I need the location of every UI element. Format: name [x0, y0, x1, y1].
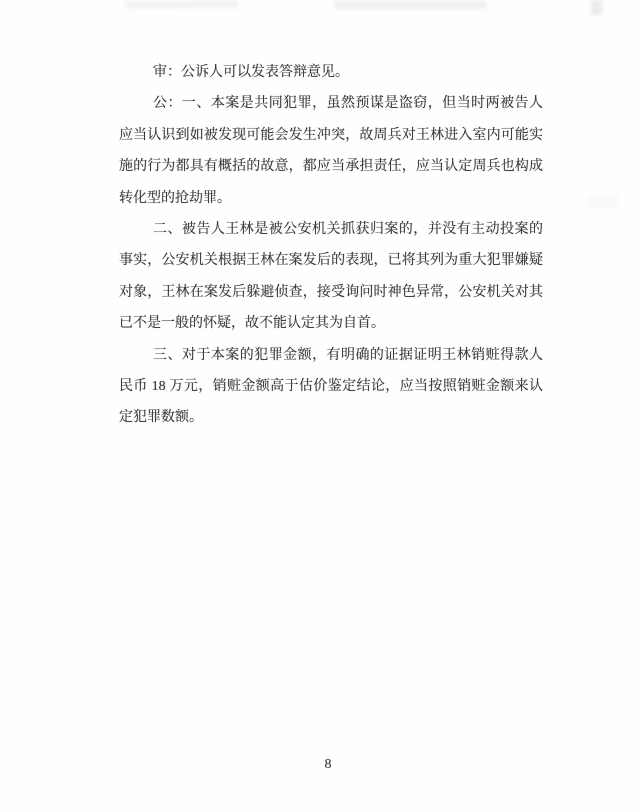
scan-artifact [588, 196, 618, 208]
text-line: 应当认识到如被发现可能会发生冲突，故周兵对王林进入室内可能实 [119, 120, 543, 151]
scan-artifact [591, 0, 602, 15]
page-number: 8 [0, 757, 640, 773]
scanned-document-page: 审：公诉人可以发表答辩意见。 公：一、本案是共同犯罪，虽然预谋是盗窃，但当时两被… [0, 0, 640, 812]
text-line: 审：公诉人可以发表答辩意见。 [119, 57, 543, 88]
text-line: 转化型的抢劫罪。 [119, 183, 543, 214]
text-line: 施的行为都具有概括的故意，都应当承担责任，应当认定周兵也构成 [119, 151, 543, 182]
text-line: 已不是一般的怀疑，故不能认定其为自首。 [119, 308, 543, 339]
text-line: 定犯罪数额。 [119, 402, 543, 433]
scan-artifact [126, 0, 238, 8]
paragraph: 公：一、本案是共同犯罪，虽然预谋是盗窃，但当时两被告人 应当认识到如被发现可能会… [119, 88, 543, 214]
scan-artifact [334, 1, 486, 9]
paragraph: 二、被告人王林是被公安机关抓获归案的，并没有主动投案的 事实，公安机关根据王林在… [119, 214, 543, 340]
body-text: 审：公诉人可以发表答辩意见。 公：一、本案是共同犯罪，虽然预谋是盗窃，但当时两被… [119, 57, 543, 434]
text-line: 民币 18 万元，销赃金额高于估价鉴定结论，应当按照销赃金额来认 [119, 371, 543, 402]
text-line: 二、被告人王林是被公安机关抓获归案的，并没有主动投案的 [119, 214, 543, 245]
text-line: 对象，王林在案发后躲避侦查，接受询问时神色异常，公安机关对其 [119, 277, 543, 308]
text-line: 三、对于本案的犯罪金额，有明确的证据证明王林销赃得款人 [119, 340, 543, 371]
paragraph: 审：公诉人可以发表答辩意见。 [119, 57, 543, 88]
paragraph: 三、对于本案的犯罪金额，有明确的证据证明王林销赃得款人 民币 18 万元，销赃金… [119, 340, 543, 434]
text-line: 事实，公安机关根据王林在案发后的表现，已将其列为重大犯罪嫌疑 [119, 245, 543, 276]
text-line: 公：一、本案是共同犯罪，虽然预谋是盗窃，但当时两被告人 [119, 88, 543, 119]
